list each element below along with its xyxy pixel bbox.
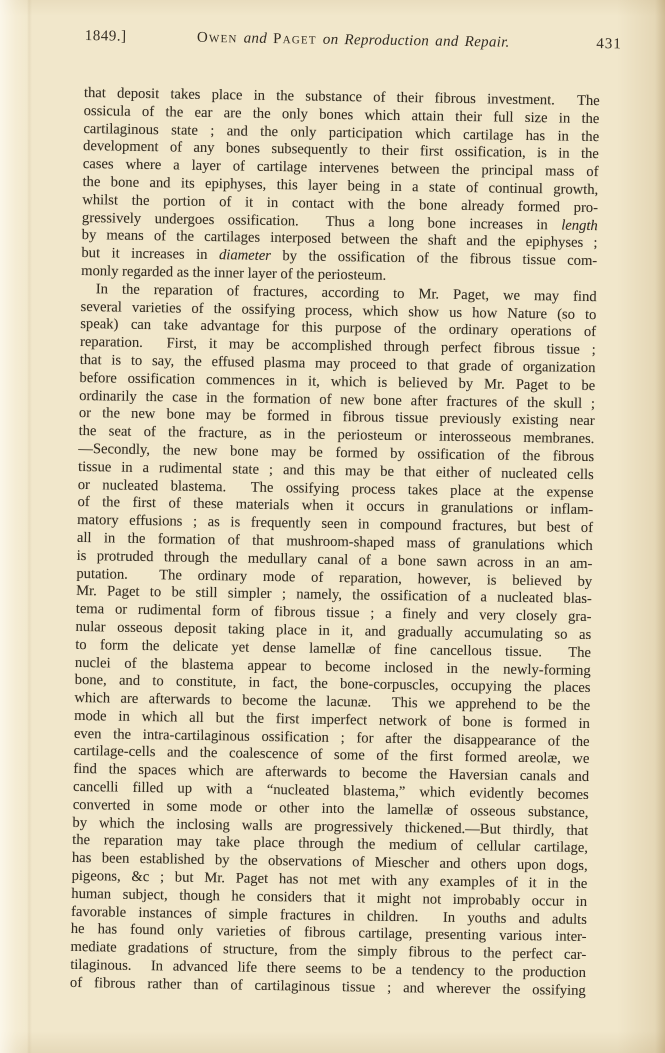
text-run: length xyxy=(561,217,598,234)
title-run: Owen xyxy=(197,30,238,47)
page-body: that deposit takes place in the substanc… xyxy=(70,85,600,1001)
title-run: and xyxy=(238,30,274,47)
title-run: on Reproduction and Repair. xyxy=(317,32,510,51)
header-running-title: Owen and Paget on Reproduction and Repai… xyxy=(197,28,510,53)
page-content: 1849.] Owen and Paget on Reproduction an… xyxy=(70,26,622,1001)
text-run: diameter xyxy=(219,247,271,264)
page-header: 1849.] Owen and Paget on Reproduction an… xyxy=(85,26,622,56)
header-page-number: 431 xyxy=(596,34,622,54)
title-run: Paget xyxy=(273,31,317,48)
text-run: but it increases in xyxy=(81,245,219,263)
scanned-page: 1849.] Owen and Paget on Reproduction an… xyxy=(0,0,665,1053)
header-year-label: 1849.] xyxy=(85,26,127,47)
